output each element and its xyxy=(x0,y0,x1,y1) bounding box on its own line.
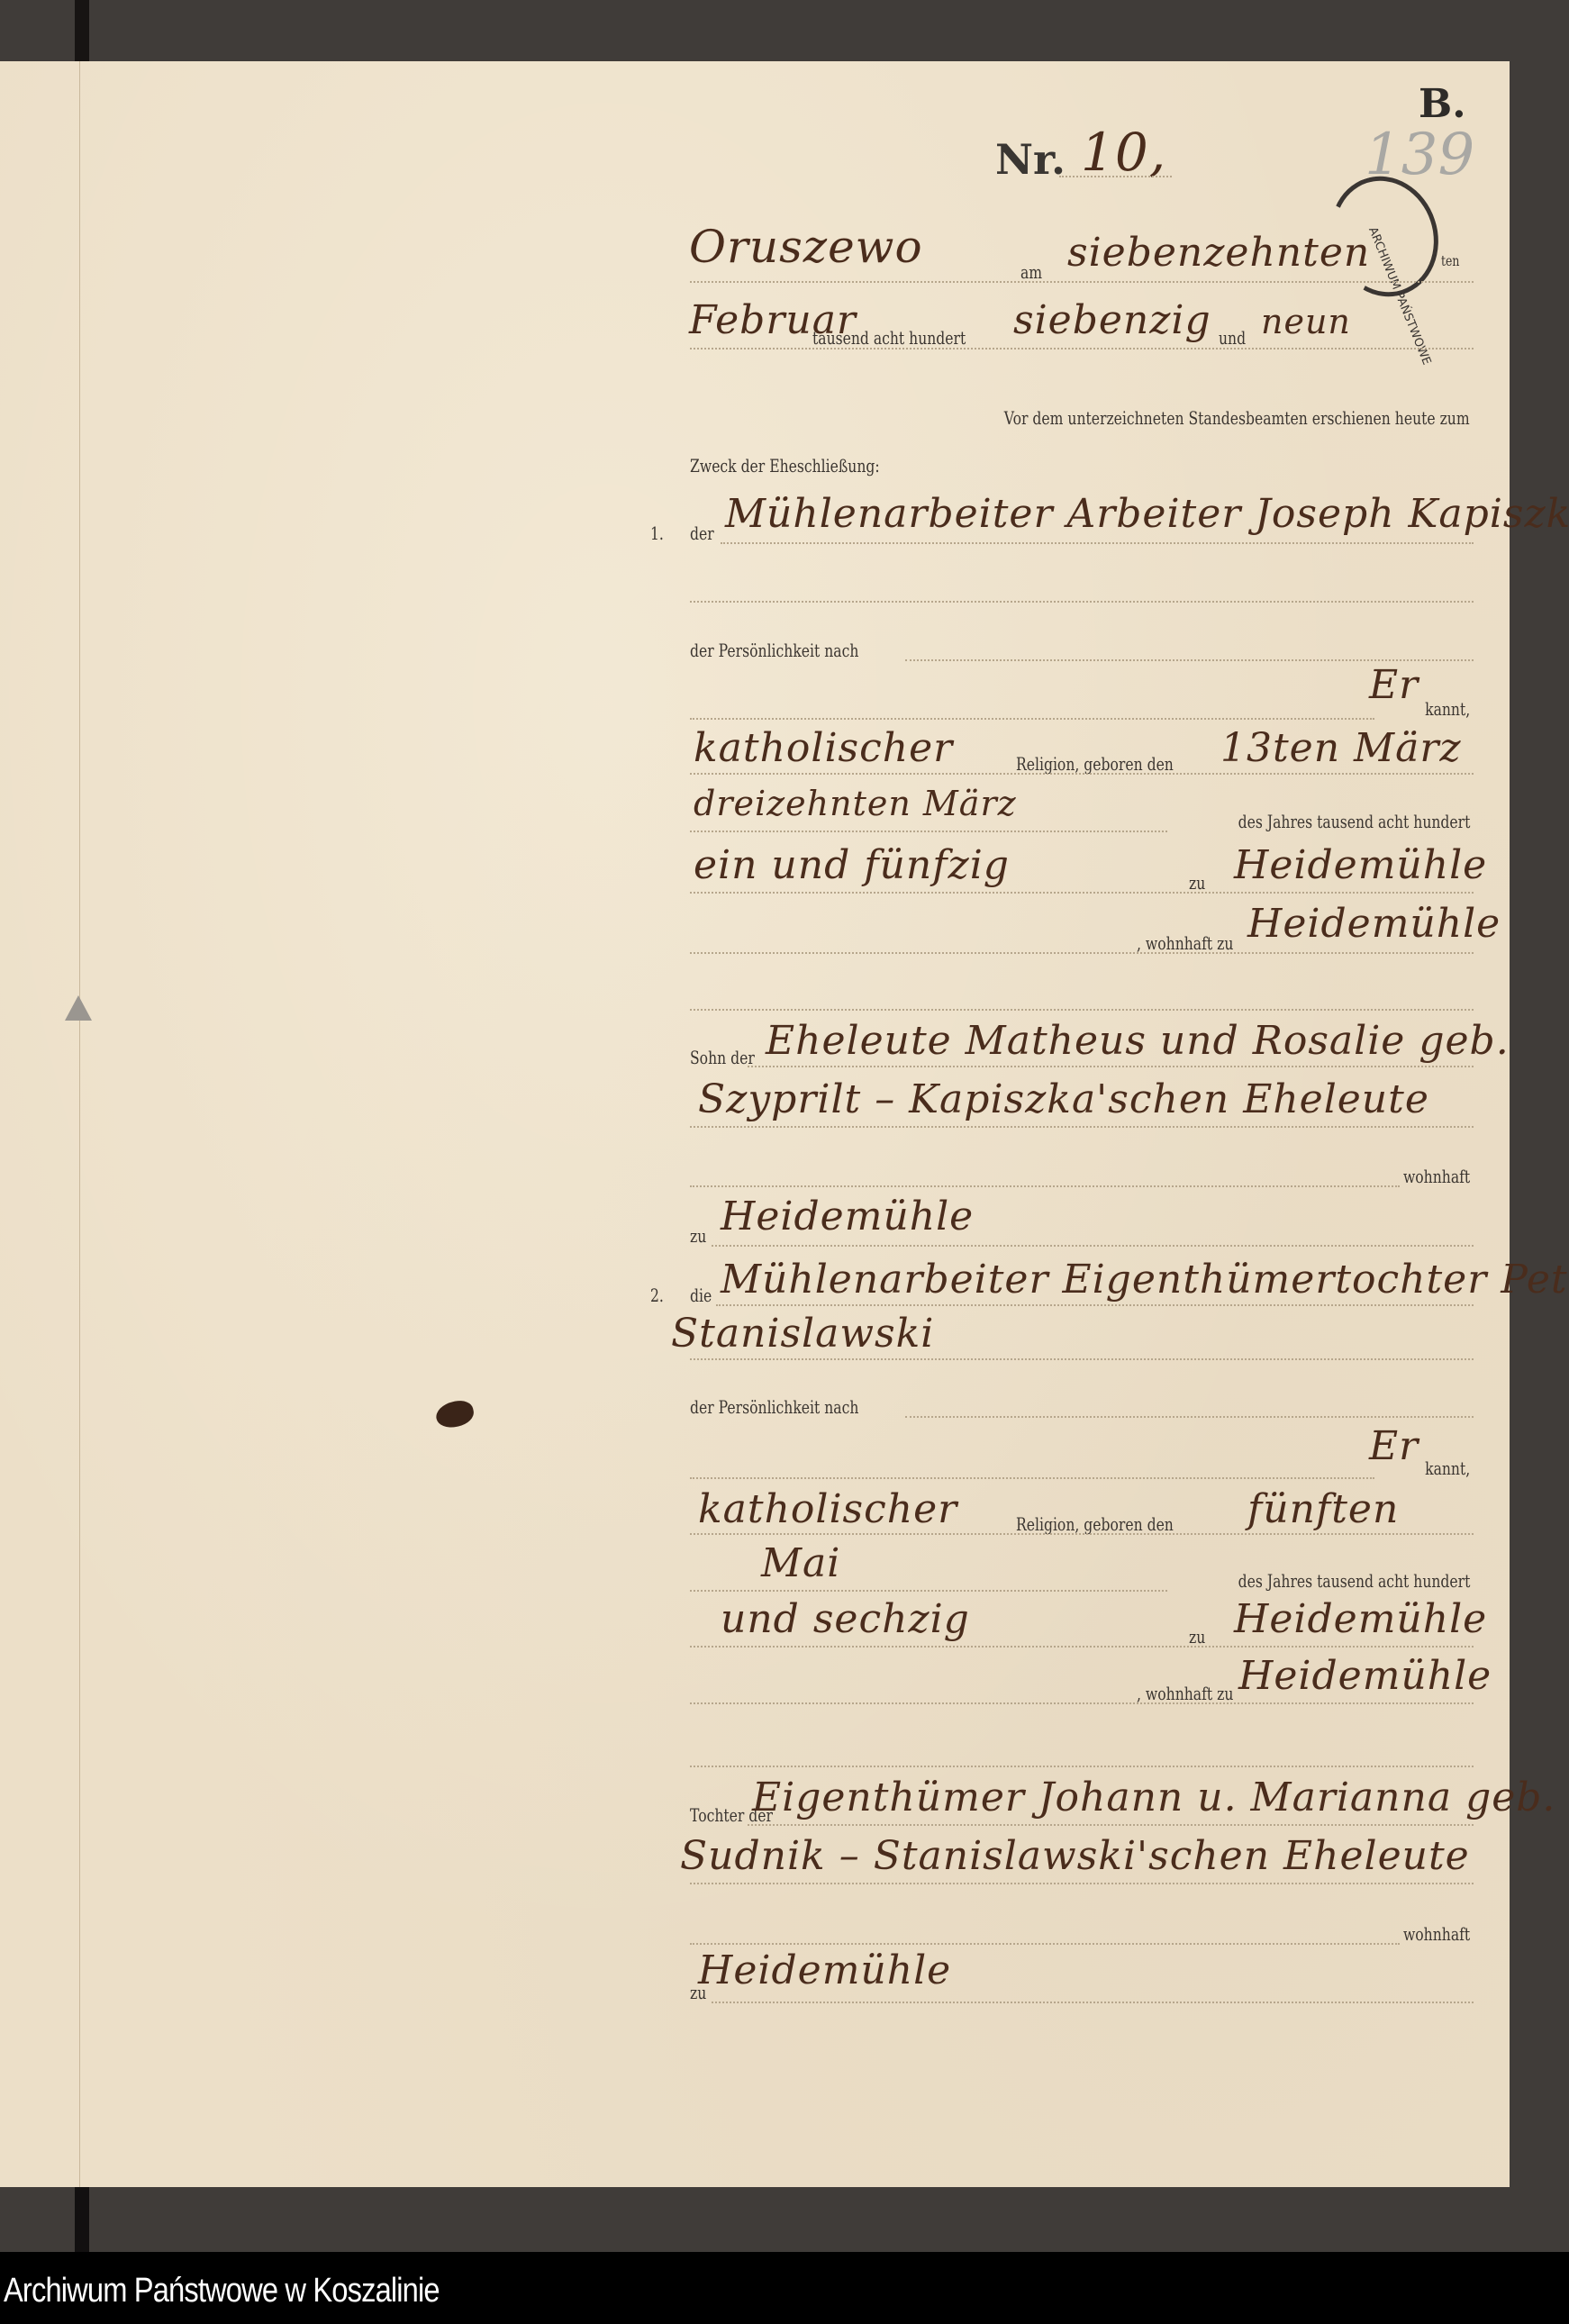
binding-gutter-top xyxy=(75,0,89,61)
party2-kannt-label: kannt, xyxy=(1425,1457,1470,1479)
party1-birth-year-words-2: ein und fünfzig xyxy=(694,842,1010,888)
party1-der-label: der xyxy=(690,522,714,544)
party2-religion-line xyxy=(690,1533,1474,1535)
party2-parents-line1: Eigenthümer Johann u. Marianna geb. xyxy=(752,1775,1555,1820)
party2-residence: Heidemühle xyxy=(1238,1653,1492,1699)
party2-occupation-name: Mühlenarbeiter Eigenthümertochter Petron… xyxy=(721,1257,1569,1303)
ten-suffix: ten xyxy=(1441,252,1459,269)
party1-wohnhaft-label: wohnhaft xyxy=(1403,1166,1470,1187)
party1-birth-year-words-1: dreizehnten März xyxy=(694,784,1017,823)
party2-birth-month: Mai xyxy=(761,1540,840,1586)
form-letter: B. xyxy=(1419,81,1466,127)
date-line-2 xyxy=(690,348,1474,350)
party2-parents-residence: Heidemühle xyxy=(698,1947,951,1993)
year-prefix-label: tausend acht hundert xyxy=(812,327,966,349)
party2-birth-place: Heidemühle xyxy=(1234,1596,1487,1642)
party1-residence-line xyxy=(690,952,1474,954)
party2-parents-line-1 xyxy=(748,1824,1474,1826)
party2-index: 2. xyxy=(650,1285,664,1306)
year-unit-handwritten: neun xyxy=(1261,302,1351,341)
page-fold-line xyxy=(79,61,80,2187)
number-line xyxy=(1059,176,1172,177)
party1-parents-residence-line xyxy=(712,1245,1474,1247)
record-number-value: 10, xyxy=(1081,122,1166,183)
party1-sohn-label: Sohn der xyxy=(690,1047,755,1068)
archive-name: Archiwum Państwowe w Koszalinie xyxy=(4,2272,440,2310)
party1-parents-line-1 xyxy=(748,1066,1474,1067)
intro-line-2: Zweck der Eheschließung: xyxy=(690,455,880,477)
party1-zu-line xyxy=(690,892,1474,894)
blank-line xyxy=(690,601,1474,603)
party1-parents-zu-label: zu xyxy=(690,1225,706,1247)
und-label: und xyxy=(1219,327,1246,349)
party1-index: 1. xyxy=(650,522,664,544)
binding-gutter-bottom xyxy=(75,2187,89,2252)
party1-jahres-line xyxy=(690,831,1167,832)
record-number-label: Nr. xyxy=(995,135,1066,184)
party1-residence: Heidemühle xyxy=(1247,901,1501,947)
party1-parents-residence: Heidemühle xyxy=(721,1194,974,1239)
party2-zu-label: zu xyxy=(1189,1626,1205,1648)
party2-parents-residence-line xyxy=(712,2002,1474,2003)
party1-parents-line-2 xyxy=(690,1126,1474,1128)
party2-parents-line-2 xyxy=(690,1883,1474,1884)
party1-religion-label: Religion, geboren den xyxy=(1016,753,1174,775)
party1-persoenlichkeit-line xyxy=(905,659,1474,661)
party1-kannt-line xyxy=(690,718,1374,720)
party2-religion-value: katholischer xyxy=(698,1486,957,1532)
party1-kannt-label: kannt, xyxy=(1425,698,1470,720)
blank-line-3 xyxy=(690,1766,1474,1767)
party1-birth-place: Heidemühle xyxy=(1234,842,1487,888)
party1-persoenlichkeit-label: der Persönlichkeit nach xyxy=(690,640,858,661)
party2-die-label: die xyxy=(690,1285,712,1306)
party1-parents-line1: Eheleute Matheus und Rosalie geb. xyxy=(766,1018,1510,1064)
party2-birth-year-words: und sechzig xyxy=(721,1596,970,1642)
party1-zu-label: zu xyxy=(1189,872,1205,894)
paper-tear-mark xyxy=(65,995,92,1021)
place-handwritten: Oruszewo xyxy=(689,221,923,273)
party1-wohnhaft-line xyxy=(690,1185,1400,1187)
party1-name-line xyxy=(721,542,1474,544)
party2-known-handwritten: Er xyxy=(1369,1423,1419,1469)
party2-jahres-line xyxy=(690,1590,1167,1592)
party1-wohnhaft-zu-label: , wohnhaft zu xyxy=(1137,932,1233,954)
party2-parents-line2: Sudnik – Stanislawski'schen Eheleute xyxy=(680,1833,1470,1879)
party1-birth-date: 13ten März xyxy=(1220,725,1462,771)
party2-birth-day: fünften xyxy=(1247,1486,1399,1532)
party2-persoenlichkeit-label: der Persönlichkeit nach xyxy=(690,1396,858,1418)
party1-known-handwritten: Er xyxy=(1369,662,1419,708)
year-decade-handwritten: siebenzig xyxy=(1013,297,1211,343)
day-handwritten: siebenzehnten xyxy=(1067,230,1370,276)
party2-residence-line xyxy=(690,1702,1474,1704)
party1-religion-line xyxy=(690,773,1474,775)
party2-name-line xyxy=(716,1304,1474,1306)
party2-religion-label: Religion, geboren den xyxy=(1016,1513,1174,1535)
party2-wohnhaft-zu-label: , wohnhaft zu xyxy=(1137,1683,1233,1704)
party2-wohnhaft-line xyxy=(690,1943,1400,1945)
party2-surname: Stanislawski xyxy=(671,1311,934,1357)
am-label: am xyxy=(1020,261,1042,283)
party1-jahres-label: des Jahres tausend acht hundert xyxy=(1238,811,1470,832)
party1-parents-line2: Szyprilt – Kapiszka'schen Eheleute xyxy=(698,1076,1429,1122)
party2-zu-line xyxy=(690,1646,1474,1648)
party1-religion-value: katholischer xyxy=(694,725,953,771)
party2-wohnhaft-label: wohnhaft xyxy=(1403,1923,1470,1945)
party2-jahres-label: des Jahres tausend acht hundert xyxy=(1238,1570,1470,1592)
party2-surname-line xyxy=(690,1358,1474,1360)
party2-kannt-line xyxy=(690,1477,1374,1479)
blank-line-2 xyxy=(690,1009,1474,1011)
intro-line-1: Vor dem unterzeichneten Standesbeamten e… xyxy=(1004,407,1470,429)
party2-persoenlichkeit-line xyxy=(905,1416,1474,1418)
date-line-1 xyxy=(690,281,1474,283)
party1-occupation-name: Mühlenarbeiter Arbeiter Joseph Kapiszka xyxy=(725,491,1569,537)
